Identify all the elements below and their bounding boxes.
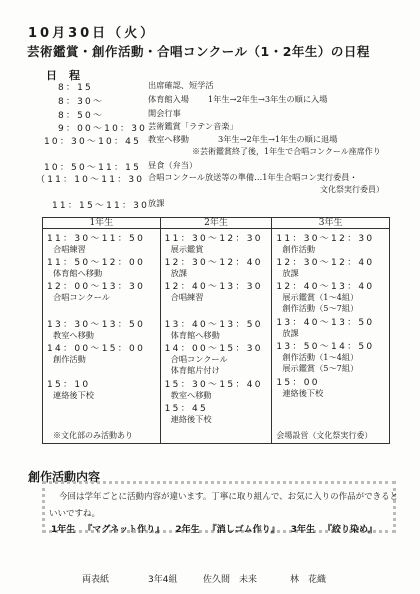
activity-grade-list: 1年生『マグネット作り』 2年生『消しゴム作り』 3年生『絞り染め』 <box>51 522 385 535</box>
header-grade-3: 3年生 <box>272 218 390 229</box>
timetable-entry: 12：30～12：40 放課 <box>165 255 263 279</box>
schedule-time: 10：30～10：45 <box>44 134 141 147</box>
grade-2-column: 11：30～12：30 展示鑑賞 12：30～12：40 放課 12：40～13… <box>160 229 272 444</box>
grade-1-label: 1年生 <box>51 525 75 535</box>
header-grade-2: 2年生 <box>160 218 272 229</box>
timetable-entry: 12：40～13：30 合唱練習 <box>165 279 263 303</box>
activity-description-cont: いいですね。 <box>49 507 100 519</box>
schedule-time: 9：00～10：30 <box>58 121 147 134</box>
schedule-desc: 体育館入場 <box>148 94 189 105</box>
schedule-time: 8：30～ <box>58 94 104 107</box>
header-grade-1: 1年生 <box>43 218 161 229</box>
activity-description: 今回は学年ごとに活動内容が違います。丁寧に取り組んで、お気に入りの作品ができると <box>59 490 398 502</box>
footer-class: 3年4組 <box>148 572 177 585</box>
timetable-entry: 11：30～11：50 合唱練習 <box>47 231 145 255</box>
timetable-entry: 13：40～13：50 体育館へ移動 <box>165 317 263 341</box>
grade-1-note: ※文化部のみ活動あり <box>53 430 133 441</box>
footer-label: 両表紙 <box>82 572 109 585</box>
schedule-desc: 教室へ移動 <box>148 134 189 145</box>
grade-3-label: 3年生 <box>291 525 315 535</box>
schedule-extra: 3年生→2年生→1年生の順に退場 <box>218 134 337 145</box>
grade-timetable: 1年生 2年生 3年生 11：30～11：50 合唱練習 11：50～12：00… <box>42 217 390 444</box>
grade-3-activity: 『絞り染め』 <box>323 525 377 535</box>
timetable-entry: 14：00～15：00 創作活動 <box>47 341 145 365</box>
timetable-entry: 11：50～12：00 体育館へ移動 <box>47 255 145 279</box>
timetable-entry: 12：00～13：30 合唱コンクール <box>47 279 145 303</box>
grade-3-column: 11：30～12：30 創作活動 12：30～12：40 放課 12：40～13… <box>272 229 390 444</box>
schedule-desc: 出席確認、短学活 <box>148 80 214 91</box>
grade-1-activity: 『マグネット作り』 <box>83 525 164 535</box>
timetable-entry: 13：30～13：50 教室へ移動 <box>47 317 145 341</box>
schedule-desc: 開会行事 <box>148 108 181 119</box>
timetable-entry: 12：40～13：40 展示鑑賞（1～4組） 創作活動（5～7組） <box>276 279 374 314</box>
document-title: 芸術鑑賞・創作活動・合唱コンクール（1・2年生）の日程 <box>27 42 370 60</box>
schedule-desc: 合唱コンクール放送等の準備…1年生合唱コン実行委員・ <box>148 172 358 183</box>
activity-box: 今回は学年ごとに活動内容が違います。丁寧に取り組んで、お気に入りの作品ができると… <box>42 481 396 533</box>
grade-2-activity: 『消しゴム作り』 <box>208 525 280 535</box>
grade-2-label: 2年生 <box>175 525 199 535</box>
timetable-entry: 11：30～12：30 創作活動 <box>276 231 374 255</box>
schedule-desc: 芸術鑑賞「ラテン音楽」 <box>148 121 238 132</box>
schedule-note: ※芸術鑑賞終了後，1年生で合唱コンクール座席作り <box>192 146 381 157</box>
grade-1-column: 11：30～11：50 合唱練習 11：50～12：00 体育館へ移動 12：0… <box>43 229 161 444</box>
grade-3-note: 会場設営（文化祭実行委） <box>276 430 372 441</box>
schedule-extra: 1年生→2年生→3年生の順に入場 <box>208 94 327 105</box>
timetable-entry: 15：10 連絡後下校 <box>47 377 94 401</box>
timetable-entry: 12：30～12：40 放課 <box>276 255 374 279</box>
footer-name-2: 林 花織 <box>290 572 326 585</box>
document-date: 10月30日（火） <box>28 22 156 41</box>
timetable-entry: 15：30～15：40 教室へ移動 <box>165 377 263 401</box>
timetable-entry: 15：00 連絡後下校 <box>276 375 323 399</box>
schedule-desc: 放課 <box>148 198 164 209</box>
schedule-time: 8：50～ <box>58 108 104 121</box>
schedule-time: 11：15～11：30 <box>52 198 149 211</box>
footer-name-1: 佐久間 未来 <box>203 572 257 585</box>
schedule-time: 8：15 <box>58 80 93 93</box>
timetable-entry: 15：45 連絡後下校 <box>165 401 212 425</box>
schedule-time: （11：10～11：30 <box>36 172 144 185</box>
schedule-note: 文化祭実行委員） <box>320 184 384 195</box>
timetable-entry: 14：00～15：30 合唱コンクール 体育館片付け <box>165 341 263 376</box>
timetable-entry: 11：30～12：30 展示鑑賞 <box>165 231 263 255</box>
timetable-entry: 13：50～14：50 創作活動（1～4組） 展示鑑賞（5～7組） <box>276 339 374 374</box>
timetable-entry: 13：40～13：50 放課 <box>276 315 374 339</box>
schedule-desc: 昼食（弁当） <box>148 160 197 171</box>
